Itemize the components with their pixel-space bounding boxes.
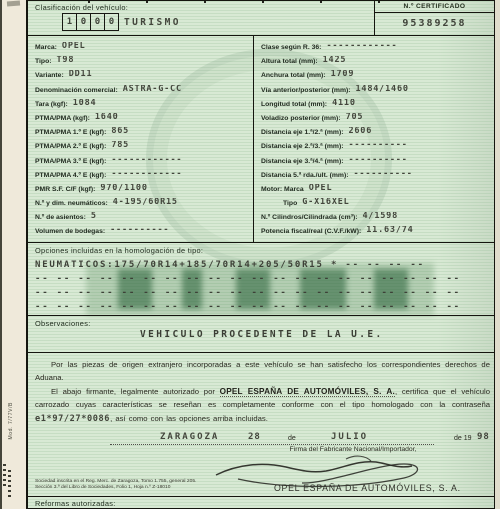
issue-month: JULIO (331, 432, 368, 442)
field-value: 1425 (323, 56, 347, 65)
field-value: 1484/1460 (356, 85, 409, 94)
manufacturer-company-name: OPEL ESPAÑA DE AUTOMÓVILES, S. A. (274, 483, 461, 493)
field-row: Variante:DD11 (35, 70, 253, 84)
options-label: Opciones incluidas en la homologación de… (35, 246, 203, 255)
field-label: Anchura total (mm): (261, 72, 326, 79)
paragraph-text: , así como con las opciones arriba inclu… (110, 414, 268, 423)
field-row: Clase según R. 36:------------ (261, 42, 494, 56)
field-label: Tipo (283, 200, 297, 207)
field-label: Variante: (35, 72, 64, 79)
field-value: DD11 (69, 70, 93, 79)
edge-print-marks (8, 470, 11, 500)
field-label: PTMA/PMA 1.º E (kgf): (35, 129, 106, 136)
field-label: N.º Cilindros/Cilindrada (cm³): (261, 214, 358, 221)
observations-label: Observaciones: (35, 319, 91, 328)
classification-digit-box: 1 (62, 13, 77, 31)
scan-edge-shadow (0, 0, 2, 509)
field-value: ------------ (326, 42, 397, 51)
options-line: NEUMATICOS:175/70R14+185/70R14+205/50R15… (35, 258, 491, 272)
field-value: ---------- (348, 156, 407, 165)
field-label: Altura total (mm): (261, 58, 318, 65)
dotted-rule (110, 444, 434, 445)
field-label: Clase según R. 36: (261, 44, 321, 51)
conformity-paragraph: El abajo firmante, legalmente autorizado… (35, 385, 490, 426)
field-row: Volumen de bodegas:---------- (35, 226, 253, 240)
field-row: Distancia eje 1.ª/2.ª (mm):2606 (261, 127, 494, 141)
field-value: ---------- (348, 141, 407, 150)
reforms-section: Reformas autorizadas: (28, 497, 494, 509)
field-value: 705 (346, 113, 364, 122)
field-value: 4110 (332, 99, 356, 108)
classification-digit-box: 0 (91, 13, 105, 31)
options-line: -- -- -- -- -- -- -- -- -- -- -- -- -- -… (35, 272, 491, 286)
field-row: Tipo:T98 (35, 56, 253, 70)
field-label: Distancia eje 3.ª/4.ª (mm): (261, 158, 343, 165)
field-value: ---------- (354, 170, 413, 179)
field-value: G-X16XEL (302, 198, 349, 207)
vehicle-certificate-scan: Mod. 7/77V/B Clasificación del vehículo:… (0, 0, 500, 509)
field-row: Potencia fiscal/real (C.V.F./kW):11.63/7… (261, 226, 494, 240)
field-value: OPEL (309, 184, 333, 193)
date-connector: de (288, 435, 296, 442)
type-approval-code: e1*97/27*0086 (35, 414, 110, 424)
form-model-reference: Mod. 7/77V/B (8, 402, 14, 440)
field-row: PTMA/PMA 4.º E (kgf):------------ (35, 170, 253, 184)
options-line: -- -- -- -- -- -- -- -- -- -- -- -- -- -… (35, 300, 491, 314)
field-label: Distancia 5.ª rda./ult. (mm): (261, 172, 349, 179)
issue-year: 98 (477, 432, 490, 442)
field-row: TipoG-X16XEL (261, 198, 494, 212)
certification-paragraphs: Por las piezas de origen extranjero inco… (35, 358, 490, 426)
field-row: N.º y dim. neumáticos:4-195/60R15 (35, 198, 253, 212)
date-line: ZARAGOZA 28 de JULIO de 19 98 (28, 432, 497, 446)
field-value: ---------- (110, 226, 169, 235)
field-row: Anchura total (mm):1709 (261, 70, 494, 84)
issue-day: 28 (248, 432, 261, 442)
year-prefix: de 19 (454, 435, 472, 442)
field-value: 970/1100 (100, 184, 147, 193)
observations-value: VEHICULO PROCEDENTE DE LA U.E. (140, 329, 384, 340)
customs-paragraph: Por las piezas de origen extranjero inco… (35, 358, 490, 385)
field-value: 1709 (331, 70, 355, 79)
field-row: N.º de asientos:5 (35, 212, 253, 226)
classification-digit-box: 0 (77, 13, 91, 31)
options-section: Opciones incluidas en la homologación de… (28, 243, 494, 316)
left-field-column: Marca:OPELTipo:T98Variante:DD11Denominac… (28, 36, 254, 242)
observations-section: Observaciones: VEHICULO PROCEDENTE DE LA… (28, 316, 494, 353)
certificate-form: Clasificación del vehículo: 1000 TURISMO… (26, 0, 495, 509)
certification-section: Por las piezas de origen extranjero inco… (28, 353, 494, 497)
issue-place: ZARAGOZA (160, 432, 219, 442)
field-row: Distancia eje 2.ª/3.ª (mm):---------- (261, 141, 494, 155)
field-value: 5 (91, 212, 97, 221)
field-row: PTMA/PMA 3.º E (kgf):------------ (35, 156, 253, 170)
field-label: Distancia eje 1.ª/2.ª (mm): (261, 129, 343, 136)
field-row: Distancia 5.ª rda./ult. (mm):---------- (261, 170, 494, 184)
certificate-number-value: 95389258 (375, 18, 494, 29)
field-label: Marca: (35, 44, 57, 51)
field-row: Altura total (mm):1425 (261, 56, 494, 70)
field-label: N.º de asientos: (35, 214, 86, 221)
certificate-number-label: N.º CERTIFICADO (375, 1, 494, 13)
certificate-number-cell: N.º CERTIFICADO 95389258 (374, 1, 494, 36)
field-row: Longitud total (mm):4110 (261, 99, 494, 113)
classification-header-row: Clasificación del vehículo: 1000 TURISMO… (28, 1, 494, 36)
classification-digit-box: 0 (105, 13, 119, 31)
field-value: 785 (111, 141, 129, 150)
options-line: -- -- -- -- -- -- -- -- -- -- -- -- -- -… (35, 286, 491, 300)
field-row: Distancia eje 3.ª/4.ª (mm):---------- (261, 156, 494, 170)
field-row: Denominación comercial:ASTRA-G-CC (35, 85, 253, 99)
paragraph-text: El abajo firmante, legalmente autorizado… (51, 387, 220, 396)
field-label: Voladizo posterior (mm): (261, 115, 341, 122)
classification-code-boxes: 1000 (62, 13, 119, 31)
edge-print-marks (3, 464, 6, 486)
company-registry-smallprint: Sociedad inscrita en el Reg. Merc. de Za… (35, 479, 273, 492)
field-row: Voladizo posterior (mm):705 (261, 113, 494, 127)
vehicle-class-value: TURISMO (124, 17, 181, 28)
vehicle-data-section: Marca:OPELTipo:T98Variante:DD11Denominac… (28, 36, 494, 243)
field-value: T98 (57, 56, 75, 65)
field-value: 4-195/60R15 (113, 198, 178, 207)
field-label: Distancia eje 2.ª/3.ª (mm): (261, 143, 343, 150)
field-value: ------------ (111, 156, 182, 165)
reforms-label: Reformas autorizadas: (35, 499, 116, 508)
field-row: Motor: MarcaOPEL (261, 184, 494, 198)
field-row: Vía anterior/posterior (mm):1484/1460 (261, 85, 494, 99)
field-row: Tara (kgf):1084 (35, 99, 253, 113)
field-label: PTMA/PMA 2.º E (kgf): (35, 143, 106, 150)
field-row: Marca:OPEL (35, 42, 253, 56)
field-label: Tipo: (35, 58, 52, 65)
field-label: PTMA/PMA (kgf): (35, 115, 90, 122)
scan-smudge (7, 1, 20, 7)
field-value: OPEL (62, 42, 86, 51)
field-label: Volumen de bodegas: (35, 228, 105, 235)
field-row: N.º Cilindros/Cilindrada (cm³):4/1598 (261, 212, 494, 226)
field-label: Potencia fiscal/real (C.V.F./kW): (261, 228, 361, 235)
field-value: ------------ (111, 170, 182, 179)
field-label: PTMA/PMA 3.º E (kgf): (35, 158, 106, 165)
field-row: PMR S.F. C/F (kgf):970/1100 (35, 184, 253, 198)
options-lines: NEUMATICOS:175/70R14+185/70R14+205/50R15… (35, 258, 491, 314)
field-value: ASTRA-G-CC (123, 85, 182, 94)
field-value: 11.63/74 (366, 226, 413, 235)
field-label: PMR S.F. C/F (kgf): (35, 186, 95, 193)
field-label: Vía anterior/posterior (mm): (261, 87, 351, 94)
field-label: N.º y dim. neumáticos: (35, 200, 108, 207)
field-label: PTMA/PMA 4.º E (kgf): (35, 172, 106, 179)
field-value: 1640 (95, 113, 119, 122)
field-row: PTMA/PMA 1.º E (kgf):865 (35, 127, 253, 141)
field-row: PTMA/PMA (kgf):1640 (35, 113, 253, 127)
paper-margin-strip: Mod. 7/77V/B (0, 0, 26, 509)
field-value: 2606 (348, 127, 372, 136)
field-label: Longitud total (mm): (261, 101, 327, 108)
registry-line: Sección 3.ª del Libro de Sociedades, Fol… (35, 485, 273, 491)
field-value: 4/1598 (363, 212, 399, 221)
field-label: Denominación comercial: (35, 87, 118, 94)
field-row: PTMA/PMA 2.º E (kgf):785 (35, 141, 253, 155)
field-value: 865 (111, 127, 129, 136)
classification-label: Clasificación del vehículo: (35, 3, 128, 12)
field-value: 1084 (73, 99, 97, 108)
field-label: Tara (kgf): (35, 101, 68, 108)
field-label: Motor: Marca (261, 186, 304, 193)
authorized-company-name: OPEL ESPAÑA DE AUTOMÓVILES, S. A. (220, 387, 395, 397)
right-field-column: Clase según R. 36:------------Altura tot… (254, 36, 494, 242)
